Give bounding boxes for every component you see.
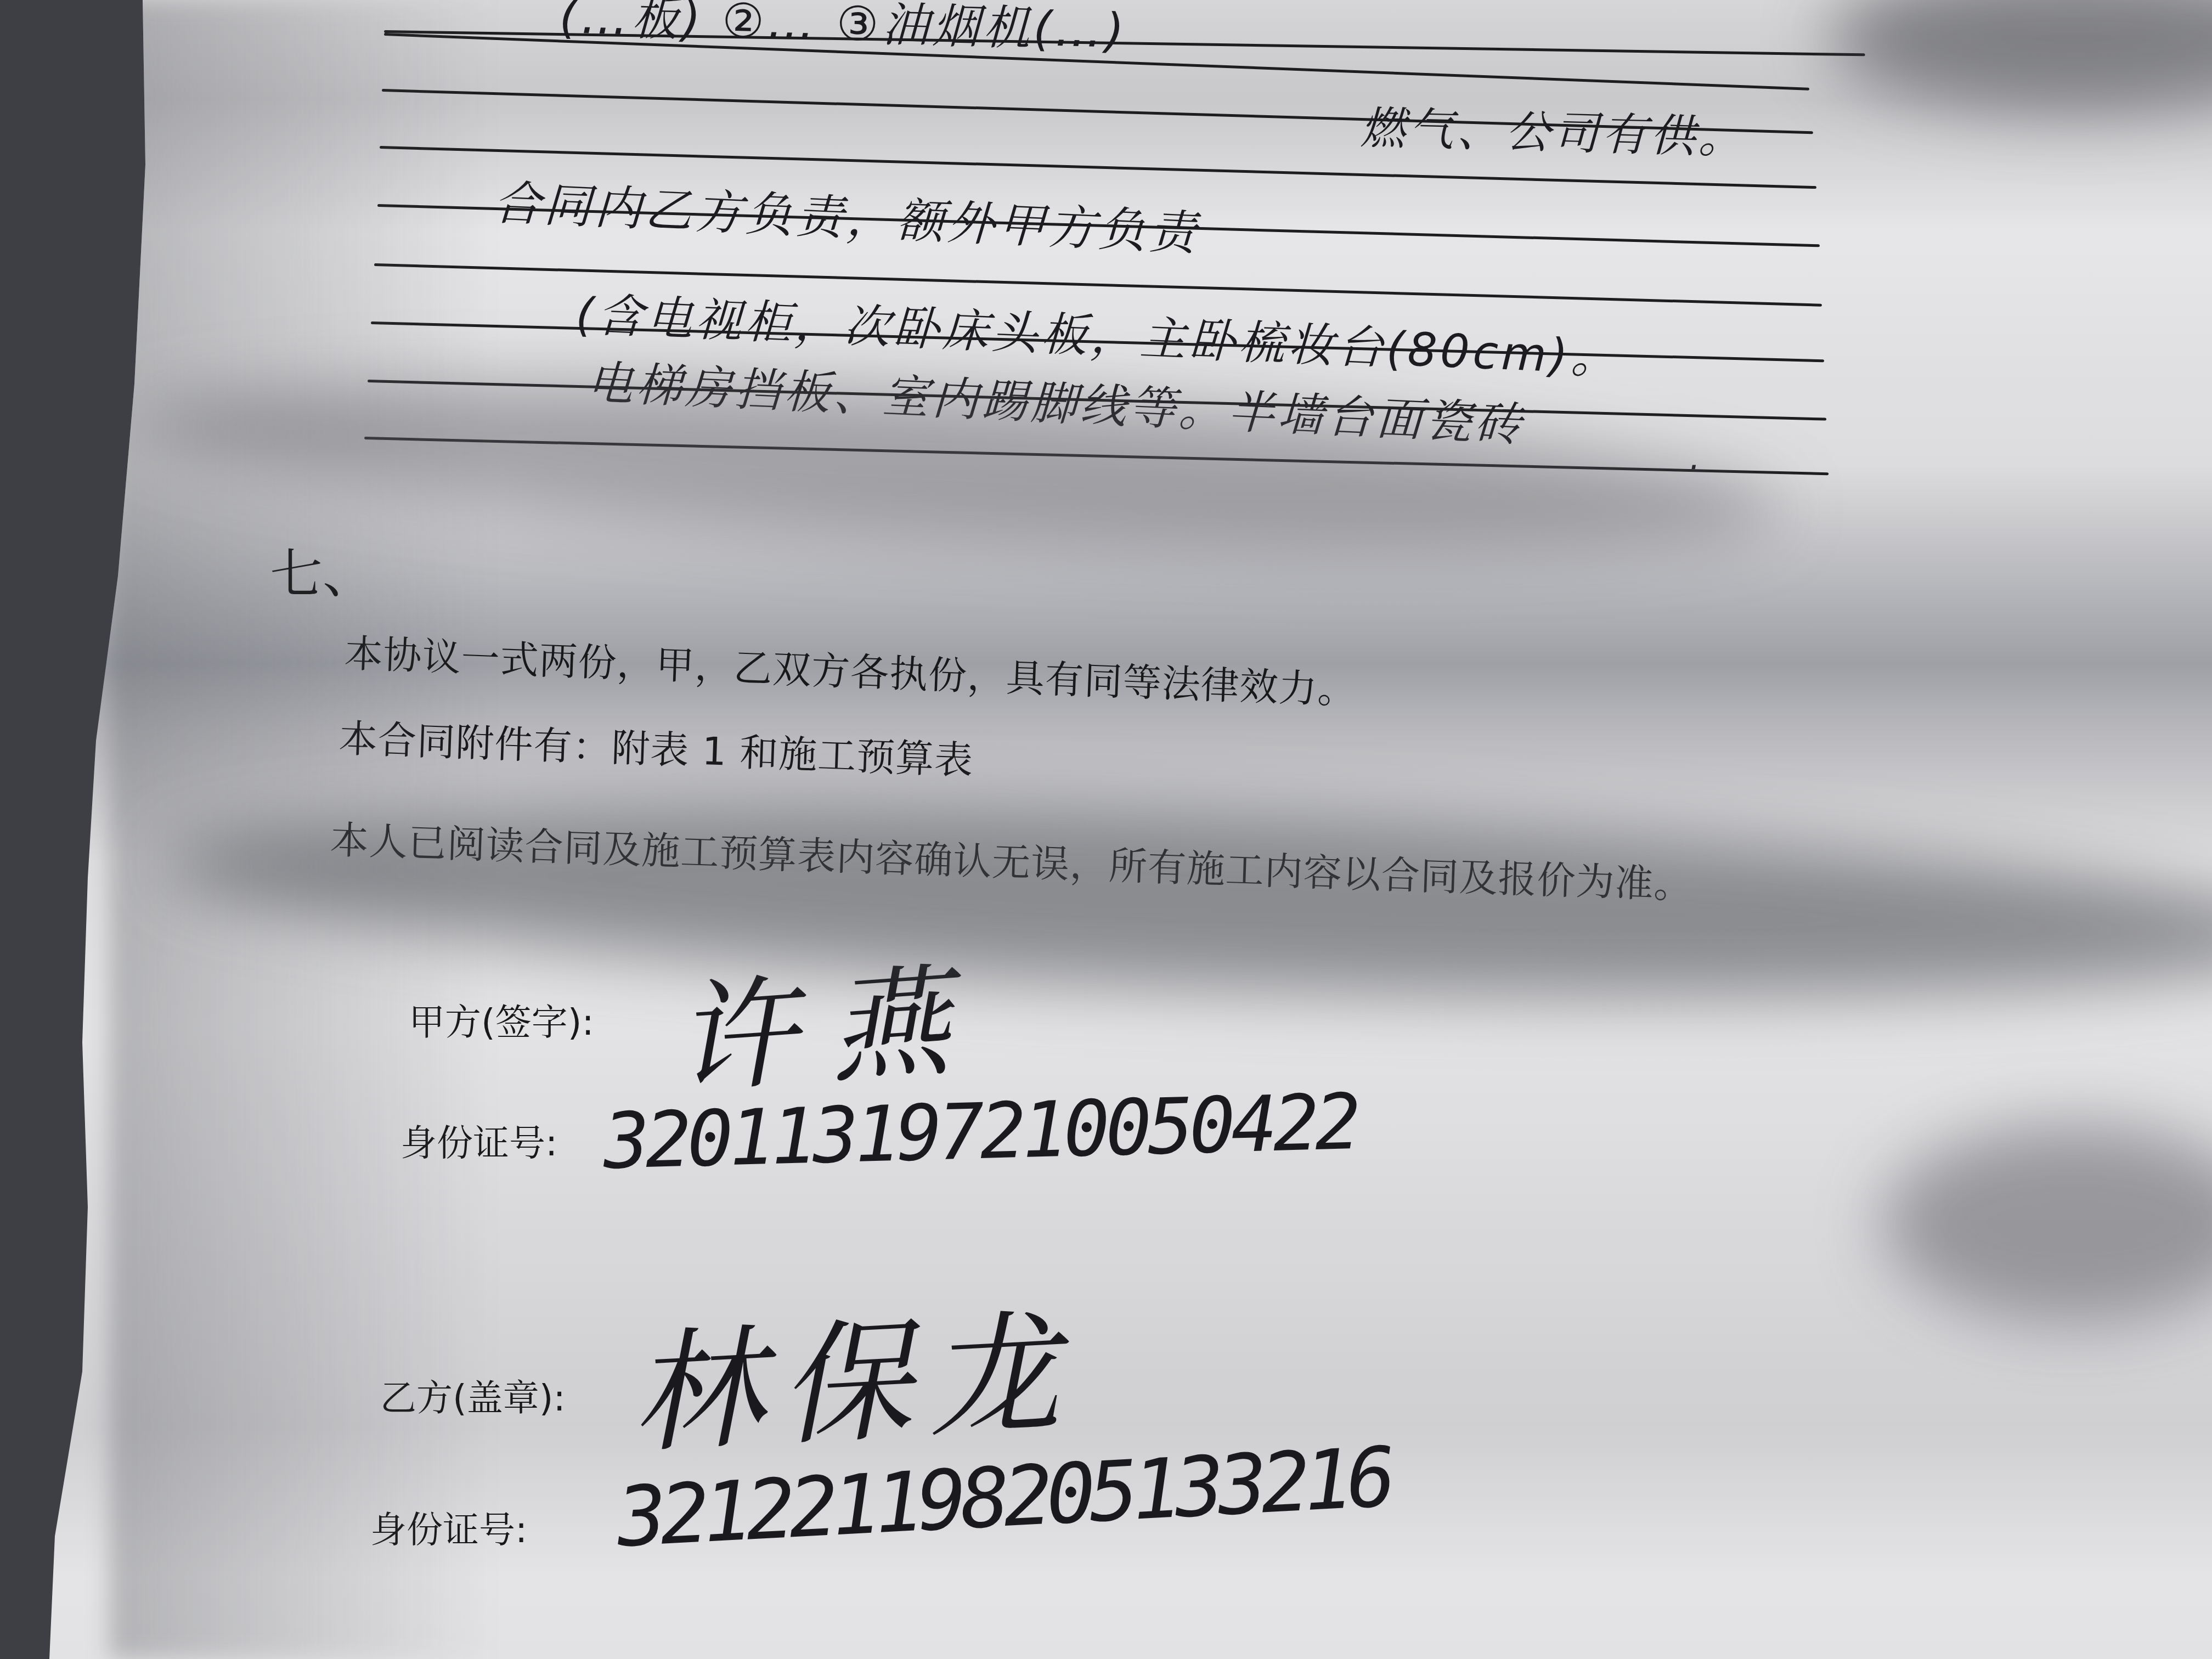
shadow-overlay — [162, 775, 2212, 1025]
stray-ink-dot: . — [1690, 439, 1703, 477]
party-a-signature: 许燕 — [669, 922, 988, 1116]
party-a-signature-label: 甲方(签字): — [409, 993, 594, 1045]
party-b-id-label: 身份证号: — [370, 1500, 527, 1553]
party-a-id-label: 身份证号: — [400, 1114, 557, 1166]
party-a-id-number: 320113197210050422 — [602, 1077, 1358, 1187]
handwritten-supply-note: 燃气、公司有供。 — [1359, 92, 1747, 166]
handwritten-top-line: (…板) ②… ③油烟机(…) — [558, 0, 1128, 61]
party-b-signature: 林保龙 — [626, 1266, 1080, 1479]
ruled-line — [364, 437, 1829, 475]
shadow-overlay — [1828, 0, 2212, 110]
confirmation-statement: 本人已阅读合同及施工预算表内容确认无误，所有施工内容以合同及报价为准。 — [329, 809, 1694, 910]
party-b-seal-label: 乙方(盖章): — [380, 1369, 566, 1421]
section-seven-line-1: 本协议一式两份，甲，乙双方各执份，具有同等法律效力。 — [343, 623, 1357, 715]
section-seven-line-2: 本合同附件有：附表 1 和施工预算表 — [338, 708, 974, 785]
contract-page: (…板) ②… ③油烟机(…) 燃气、公司有供。 合同内乙方负责，额外甲方负责 … — [0, 0, 2212, 1659]
shadow-overlay — [1883, 1125, 2212, 1322]
handwritten-responsibility-note: 合同内乙方负责，额外甲方负责 — [492, 165, 1201, 263]
section-number: 七、 — [270, 532, 375, 607]
